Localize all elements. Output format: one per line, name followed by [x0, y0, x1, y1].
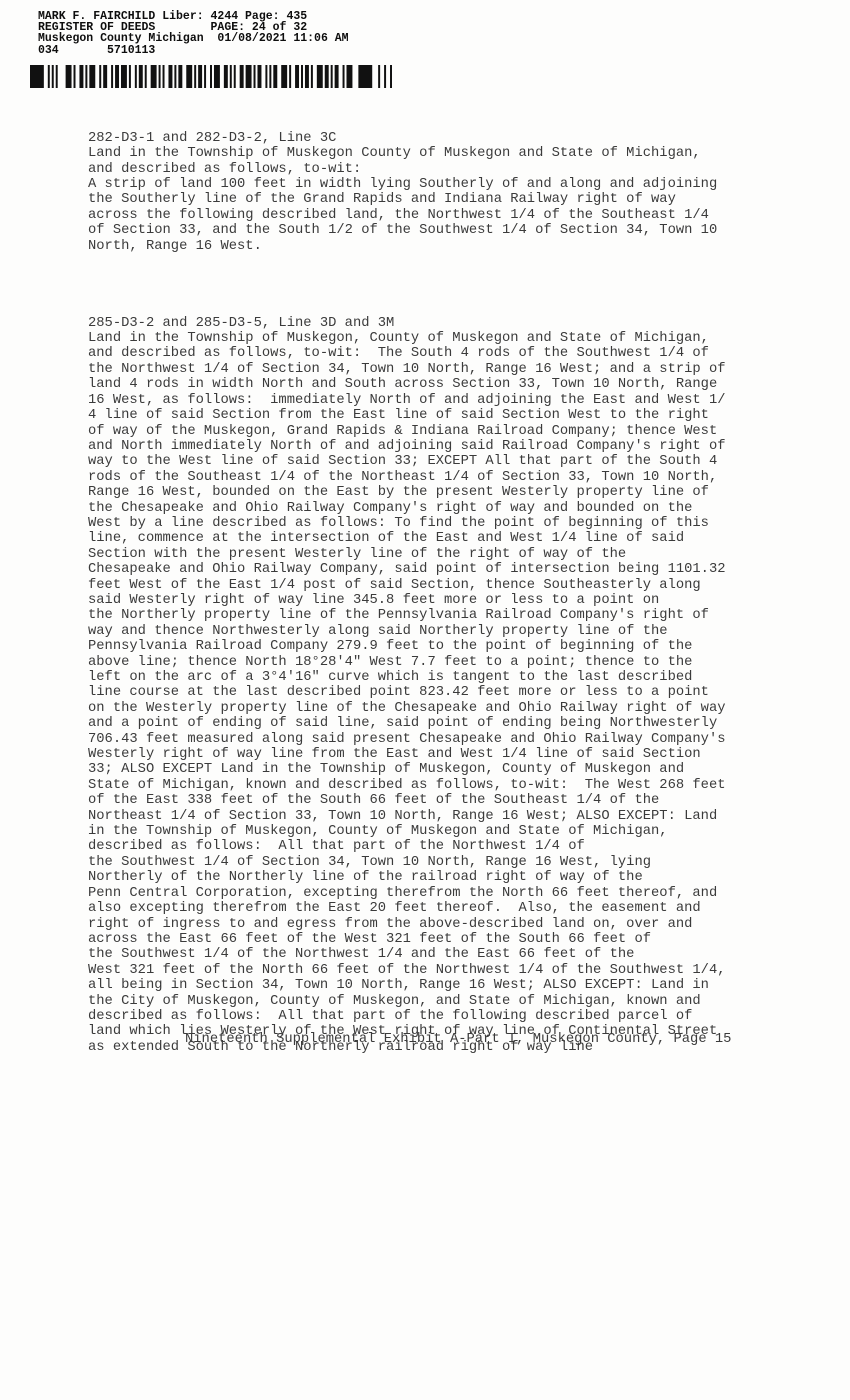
recording-stamp-text: MARK F. FAIRCHILD Liber: 4244 Page: 435 … [38, 11, 349, 56]
parcel-282-description: 282-D3-1 and 282-D3-2, Line 3C Land in t… [88, 131, 768, 254]
legal-description: 282-D3-1 and 282-D3-2, Line 3C Land in t… [88, 100, 768, 1086]
scanned-deed-page: MARK F. FAIRCHILD Liber: 4244 Page: 435 … [0, 0, 850, 1400]
exhibit-page-footer: Nineteenth Supplemental Exhibit A-Part I… [185, 1032, 731, 1047]
barcode-icon [30, 65, 392, 88]
parcel-285-description: 285-D3-2 and 285-D3-5, Line 3D and 3M La… [88, 316, 768, 1056]
